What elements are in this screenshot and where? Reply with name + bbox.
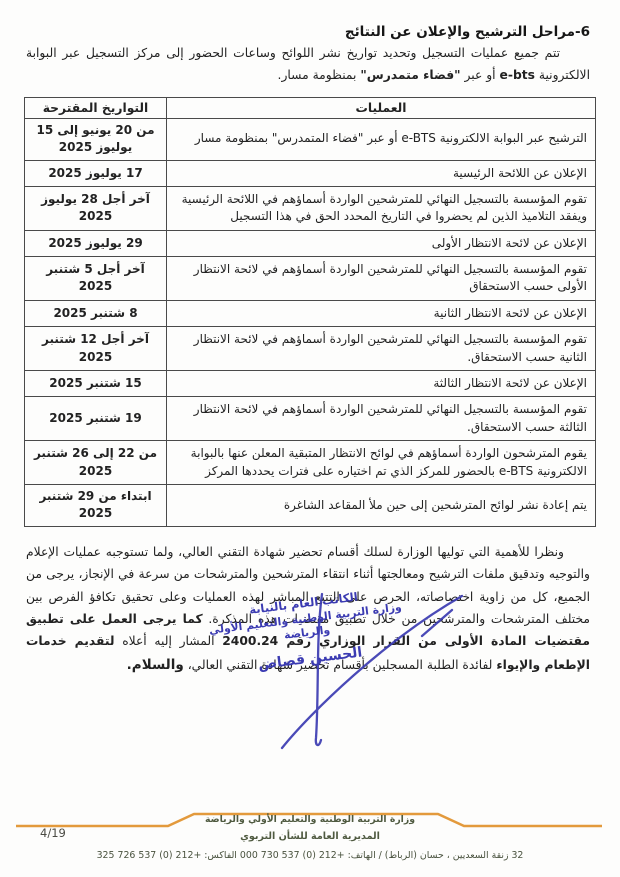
table-row: الإعلان عن اللائحة الرئيسية 17 يوليوز 20…: [25, 160, 596, 186]
operation-cell: الإعلان عن لائحة الانتظار الثانية: [167, 300, 596, 326]
table-row: تقوم المؤسسة بالتسجيل النهائي للمترشحين …: [25, 257, 596, 301]
table-row: الإعلان عن لائحة الانتظار الأولى 29 يولي…: [25, 230, 596, 256]
operation-cell: يقوم المترشحون الواردة أسماؤهم في لوائح …: [167, 441, 596, 485]
date-cell: 15 شتنبر 2025: [25, 371, 167, 397]
date-cell: 17 يوليوز 2025: [25, 160, 167, 186]
table-row: الإعلان عن لائحة الانتظار الثالثة 15 شتن…: [25, 371, 596, 397]
date-cell: من 20 يونيو إلى 15 يوليوز 2025: [25, 118, 167, 160]
ebts-portal-name: e-bts: [500, 68, 535, 82]
document-page: 6-مراحل الترشيح والإعلان عن النتائج تتم …: [0, 0, 620, 877]
massar-space-name: "فضاء متمدرس": [360, 68, 460, 82]
table-row: الإعلان عن لائحة الانتظار الثانية 8 شتنب…: [25, 300, 596, 326]
operation-cell: تقوم المؤسسة بالتسجيل النهائي للمترشحين …: [167, 257, 596, 301]
operations-column-header: العمليات: [167, 97, 596, 118]
date-cell: 29 يوليوز 2025: [25, 230, 167, 256]
table-row: تقوم المؤسسة بالتسجيل النهائي للمترشحين …: [25, 397, 596, 441]
operation-cell: الإعلان عن لائحة الانتظار الثالثة: [167, 371, 596, 397]
footer-ministry-name: وزارة التربية الوطنية والتعليم الأولي وا…: [0, 814, 620, 825]
date-cell: آخر أجل 12 شتنبر 2025: [25, 327, 167, 371]
operation-cell: الترشيح عبر البوابة الالكترونية e-BTS أو…: [167, 118, 596, 160]
date-cell: من 22 إلى 26 شتنبر 2025: [25, 441, 167, 485]
schedule-table: العمليات التواريخ المقترحة الترشيح عبر ا…: [24, 97, 596, 527]
operation-cell: تقوم المؤسسة بالتسجيل النهائي للمترشحين …: [167, 186, 596, 230]
intro-paragraph: تتم جميع عمليات التسجيل وتحديد تواريخ نش…: [26, 42, 590, 87]
footer-directorate-name: المديرية العامة للشأن التربوي: [0, 831, 620, 842]
intro-text-2: أو عبر: [461, 68, 500, 82]
intro-text-3: بمنظومة مسار.: [278, 68, 361, 82]
footer-address-contacts: 32 زنقة السعديين ، حسان (الرباط) / الهات…: [0, 850, 620, 861]
date-cell: آخر أجل 5 شتنبر 2025: [25, 257, 167, 301]
dates-column-header: التواريخ المقترحة: [25, 97, 167, 118]
operation-cell: الإعلان عن اللائحة الرئيسية: [167, 160, 596, 186]
table-header-row: العمليات التواريخ المقترحة: [25, 97, 596, 118]
date-cell: 8 شتنبر 2025: [25, 300, 167, 326]
date-cell: آخر أجل 28 يوليوز 2025: [25, 186, 167, 230]
table-row: يقوم المترشحون الواردة أسماؤهم في لوائح …: [25, 441, 596, 485]
table-row: الترشيح عبر البوابة الالكترونية e-BTS أو…: [25, 118, 596, 160]
operation-cell: يتم إعادة نشر لوائح المترشحين إلى حين مل…: [167, 485, 596, 527]
table-row: تقوم المؤسسة بالتسجيل النهائي للمترشحين …: [25, 186, 596, 230]
operation-cell: الإعلان عن لائحة الانتظار الأولى: [167, 230, 596, 256]
stamp-and-signature-area: الكاتب العام بالنيابة وزارة التربية الوط…: [0, 596, 620, 756]
operation-cell: تقوم المؤسسة بالتسجيل النهائي للمترشحين …: [167, 397, 596, 441]
date-cell: 19 شتنبر 2025: [25, 397, 167, 441]
operation-cell: تقوم المؤسسة بالتسجيل النهائي للمترشحين …: [167, 327, 596, 371]
date-cell: ابتداء من 29 شتنبر 2025: [25, 485, 167, 527]
section-heading: 6-مراحل الترشيح والإعلان عن النتائج: [26, 24, 590, 40]
official-stamp: الكاتب العام بالنيابة وزارة التربية الوط…: [182, 582, 431, 683]
table-row: يتم إعادة نشر لوائح المترشحين إلى حين مل…: [25, 485, 596, 527]
table-row: تقوم المؤسسة بالتسجيل النهائي للمترشحين …: [25, 327, 596, 371]
page-footer: 4/19 وزارة التربية الوطنية والتعليم الأو…: [0, 809, 620, 877]
